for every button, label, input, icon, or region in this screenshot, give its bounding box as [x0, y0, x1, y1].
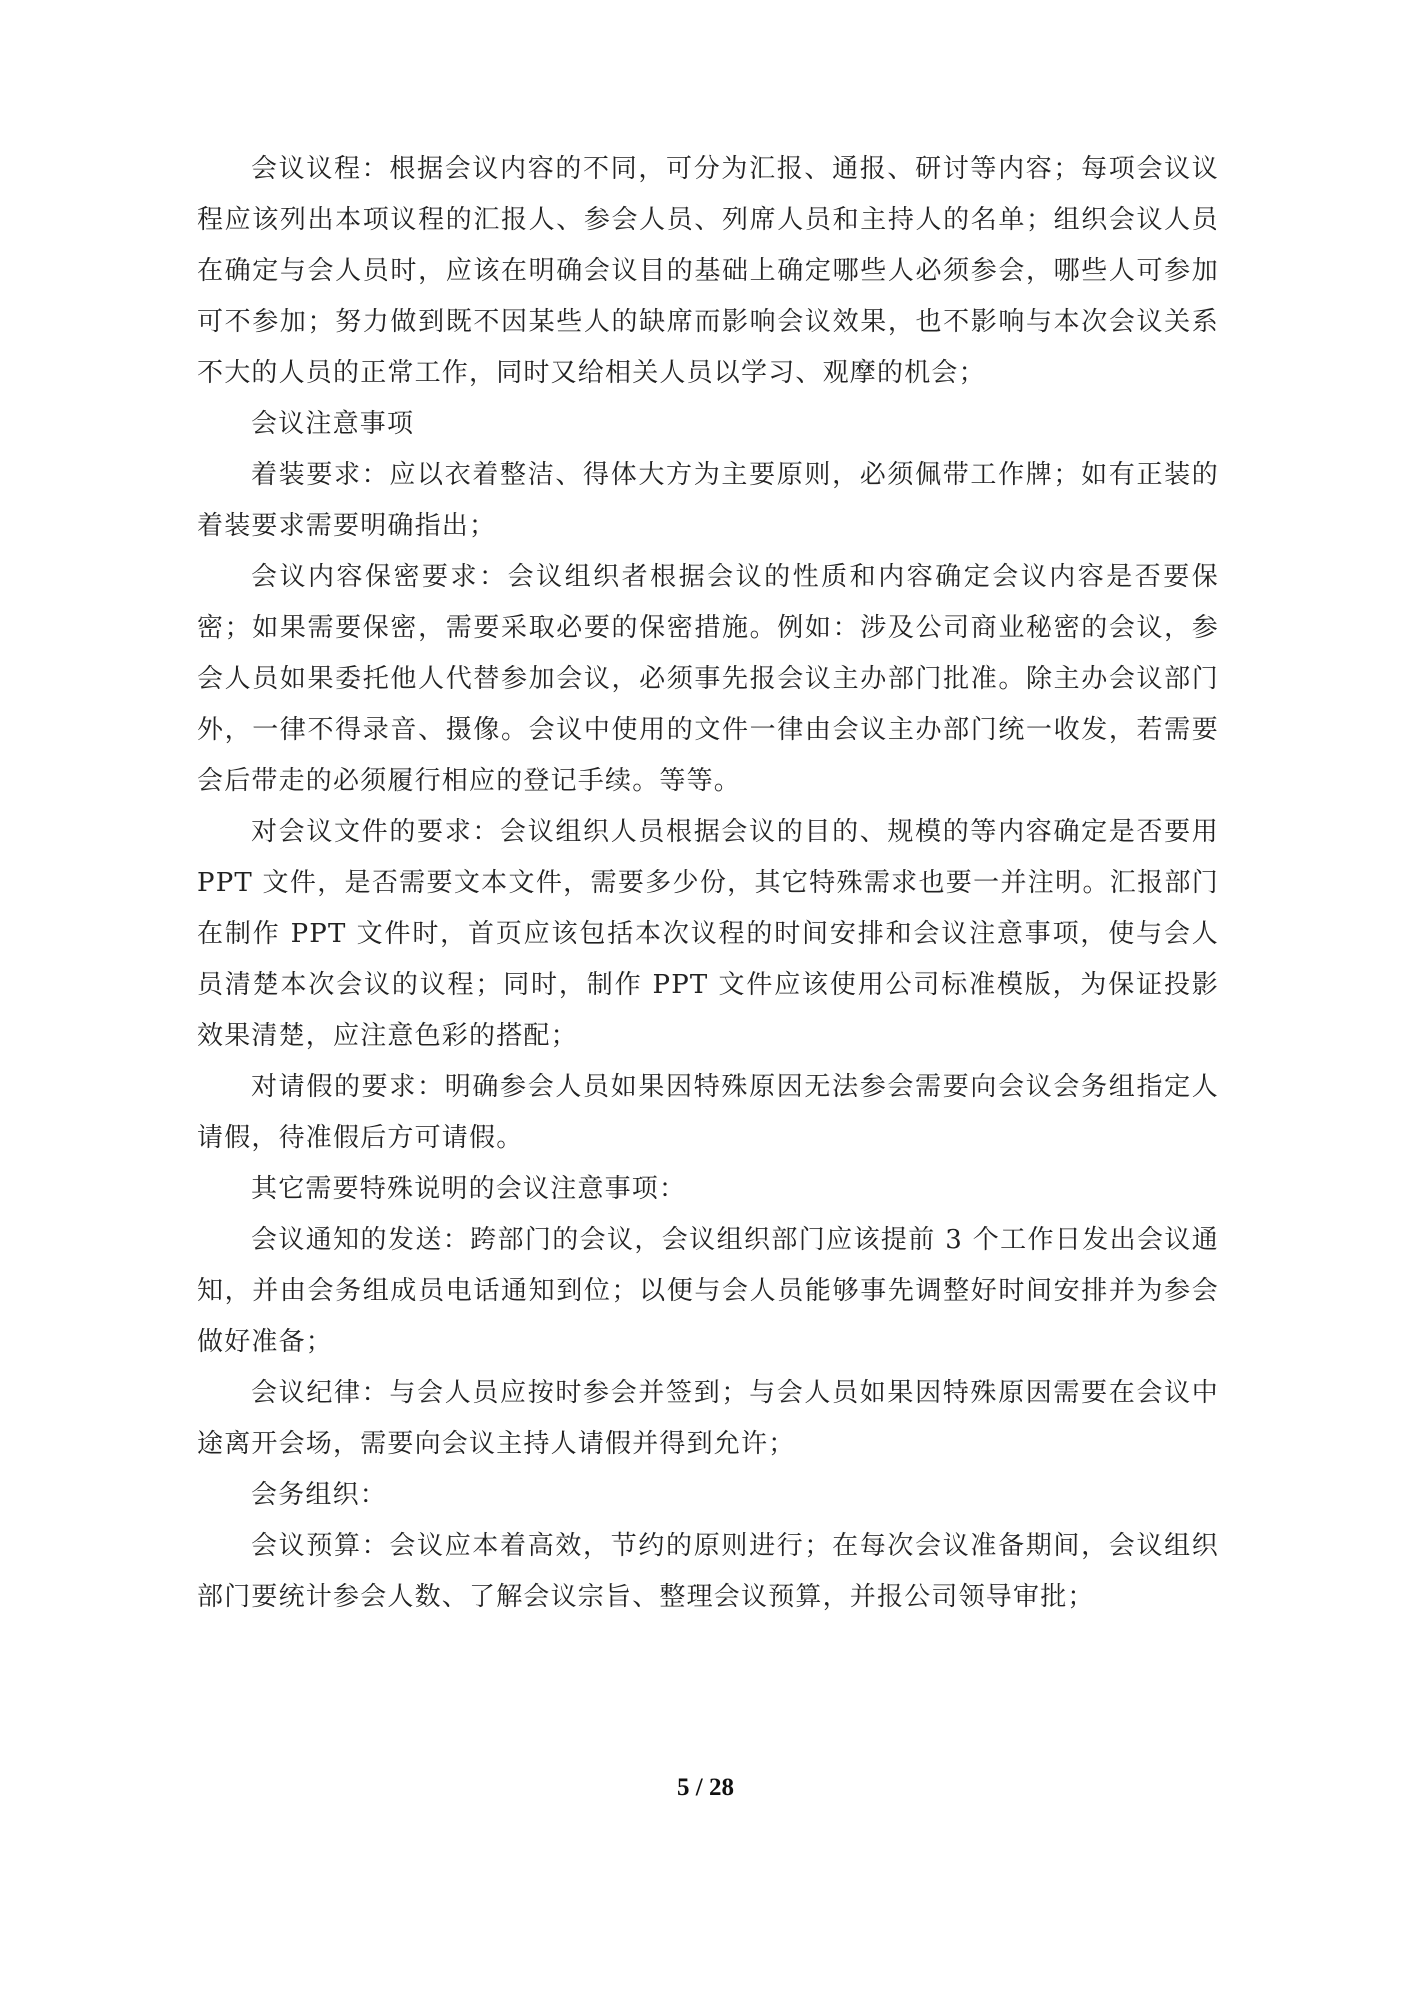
heading-other-notes: 其它需要特殊说明的会议注意事项： — [197, 1164, 1219, 1215]
heading-meeting-organization: 会务组织： — [197, 1470, 1219, 1521]
page-number: 5 / 28 — [0, 1774, 1411, 1802]
paragraph-budget: 会议预算：会议应本着高效，节约的原则进行；在每次会议准备期间，会议组织部门要统计… — [197, 1521, 1219, 1623]
paragraph-leave-request: 对请假的要求：明确参会人员如果因特殊原因无法参会需要向会议会务组指定人请假，待准… — [197, 1062, 1219, 1164]
paragraph-dress-code: 着装要求：应以衣着整洁、得体大方为主要原则，必须佩带工作牌；如有正装的着装要求需… — [197, 450, 1219, 552]
paragraph-confidentiality: 会议内容保密要求：会议组织者根据会议的性质和内容确定会议内容是否要保密；如果需要… — [197, 552, 1219, 807]
paragraph-notification: 会议通知的发送：跨部门的会议，会议组织部门应该提前 3 个工作日发出会议通知，并… — [197, 1215, 1219, 1368]
paragraph-discipline: 会议纪律：与会人员应按时参会并签到；与会人员如果因特殊原因需要在会议中途离开会场… — [197, 1368, 1219, 1470]
paragraph-meeting-documents: 对会议文件的要求：会议组织人员根据会议的目的、规模的等内容确定是否要用 PPT … — [197, 807, 1219, 1062]
heading-meeting-notes: 会议注意事项 — [197, 399, 1219, 450]
paragraph-meeting-agenda: 会议议程：根据会议内容的不同，可分为汇报、通报、研讨等内容；每项会议议程应该列出… — [197, 144, 1219, 399]
document-body: 会议议程：根据会议内容的不同，可分为汇报、通报、研讨等内容；每项会议议程应该列出… — [197, 144, 1219, 1623]
document-page: 会议议程：根据会议内容的不同，可分为汇报、通报、研讨等内容；每项会议议程应该列出… — [0, 0, 1411, 1995]
